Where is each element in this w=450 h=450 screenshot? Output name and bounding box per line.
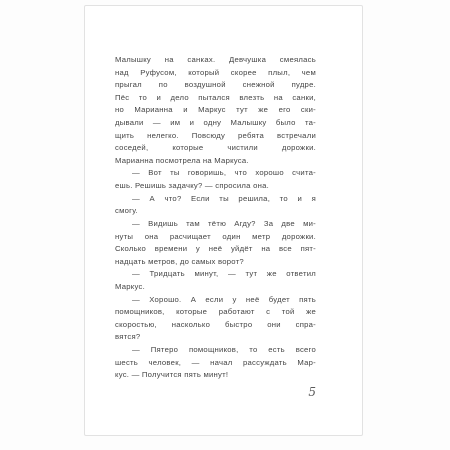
text-line: надцать метров, до самых ворот? — [115, 256, 316, 269]
text-line: Малышку на санках. Девчушка смеялась — [115, 54, 316, 67]
text-line: Марианна посмотрела на Маркуса. — [115, 155, 316, 168]
text-line: шесть человек, — начал рассуждать Мар- — [115, 357, 316, 370]
text-line: кус. — Получится пять минут! — [115, 369, 316, 382]
text-line: но Марианна и Маркус тут же его ски- — [115, 104, 316, 117]
reader-background: Малышку на санках. Девчушка смеяласьнад … — [0, 0, 450, 450]
text-line: скоростью, насколько быстро они спра- — [115, 319, 316, 332]
text-line: Пёс то и дело пытался влезть на санки, — [115, 92, 316, 105]
text-line: нуты она расчищает один метр дорожки. — [115, 231, 316, 244]
text-line: — Вот ты говоришь, что хорошо счита- — [115, 167, 316, 180]
text-line: — Пятеро помощников, то есть всего — [115, 344, 316, 357]
text-line: — А что? Если ты решила, то и я — [115, 193, 316, 206]
text-line: ешь. Решишь задачку? — спросила она. — [115, 180, 316, 193]
text-line: Сколько времени у неё уйдёт на все пят- — [115, 243, 316, 256]
text-line: над Руфусом, который скорее плыл, чем — [115, 67, 316, 80]
text-line: помощников, которые работают с той же — [115, 306, 316, 319]
book-page: Малышку на санках. Девчушка смеяласьнад … — [84, 5, 363, 436]
text-line: дывали — им и одну Малышку было та- — [115, 117, 316, 130]
page-text: Малышку на санках. Девчушка смеяласьнад … — [115, 54, 316, 382]
text-line: смогу. — [115, 205, 316, 218]
text-line: — Видишь там тётю Агду? За две ми- — [115, 218, 316, 231]
text-line: вятся? — [115, 331, 316, 344]
text-line: соседей, которые чистили дорожки. — [115, 142, 316, 155]
text-line: — Тридцать минут, — тут же ответил — [115, 268, 316, 281]
text-line: щить нелегко. Повсюду ребята встречали — [115, 130, 316, 143]
page-number: 5 — [115, 385, 316, 399]
text-line: — Хорошо. А если у неё будет пять — [115, 294, 316, 307]
text-line: Маркус. — [115, 281, 316, 294]
text-line: прыгал по воздушной снежной пудре. — [115, 79, 316, 92]
